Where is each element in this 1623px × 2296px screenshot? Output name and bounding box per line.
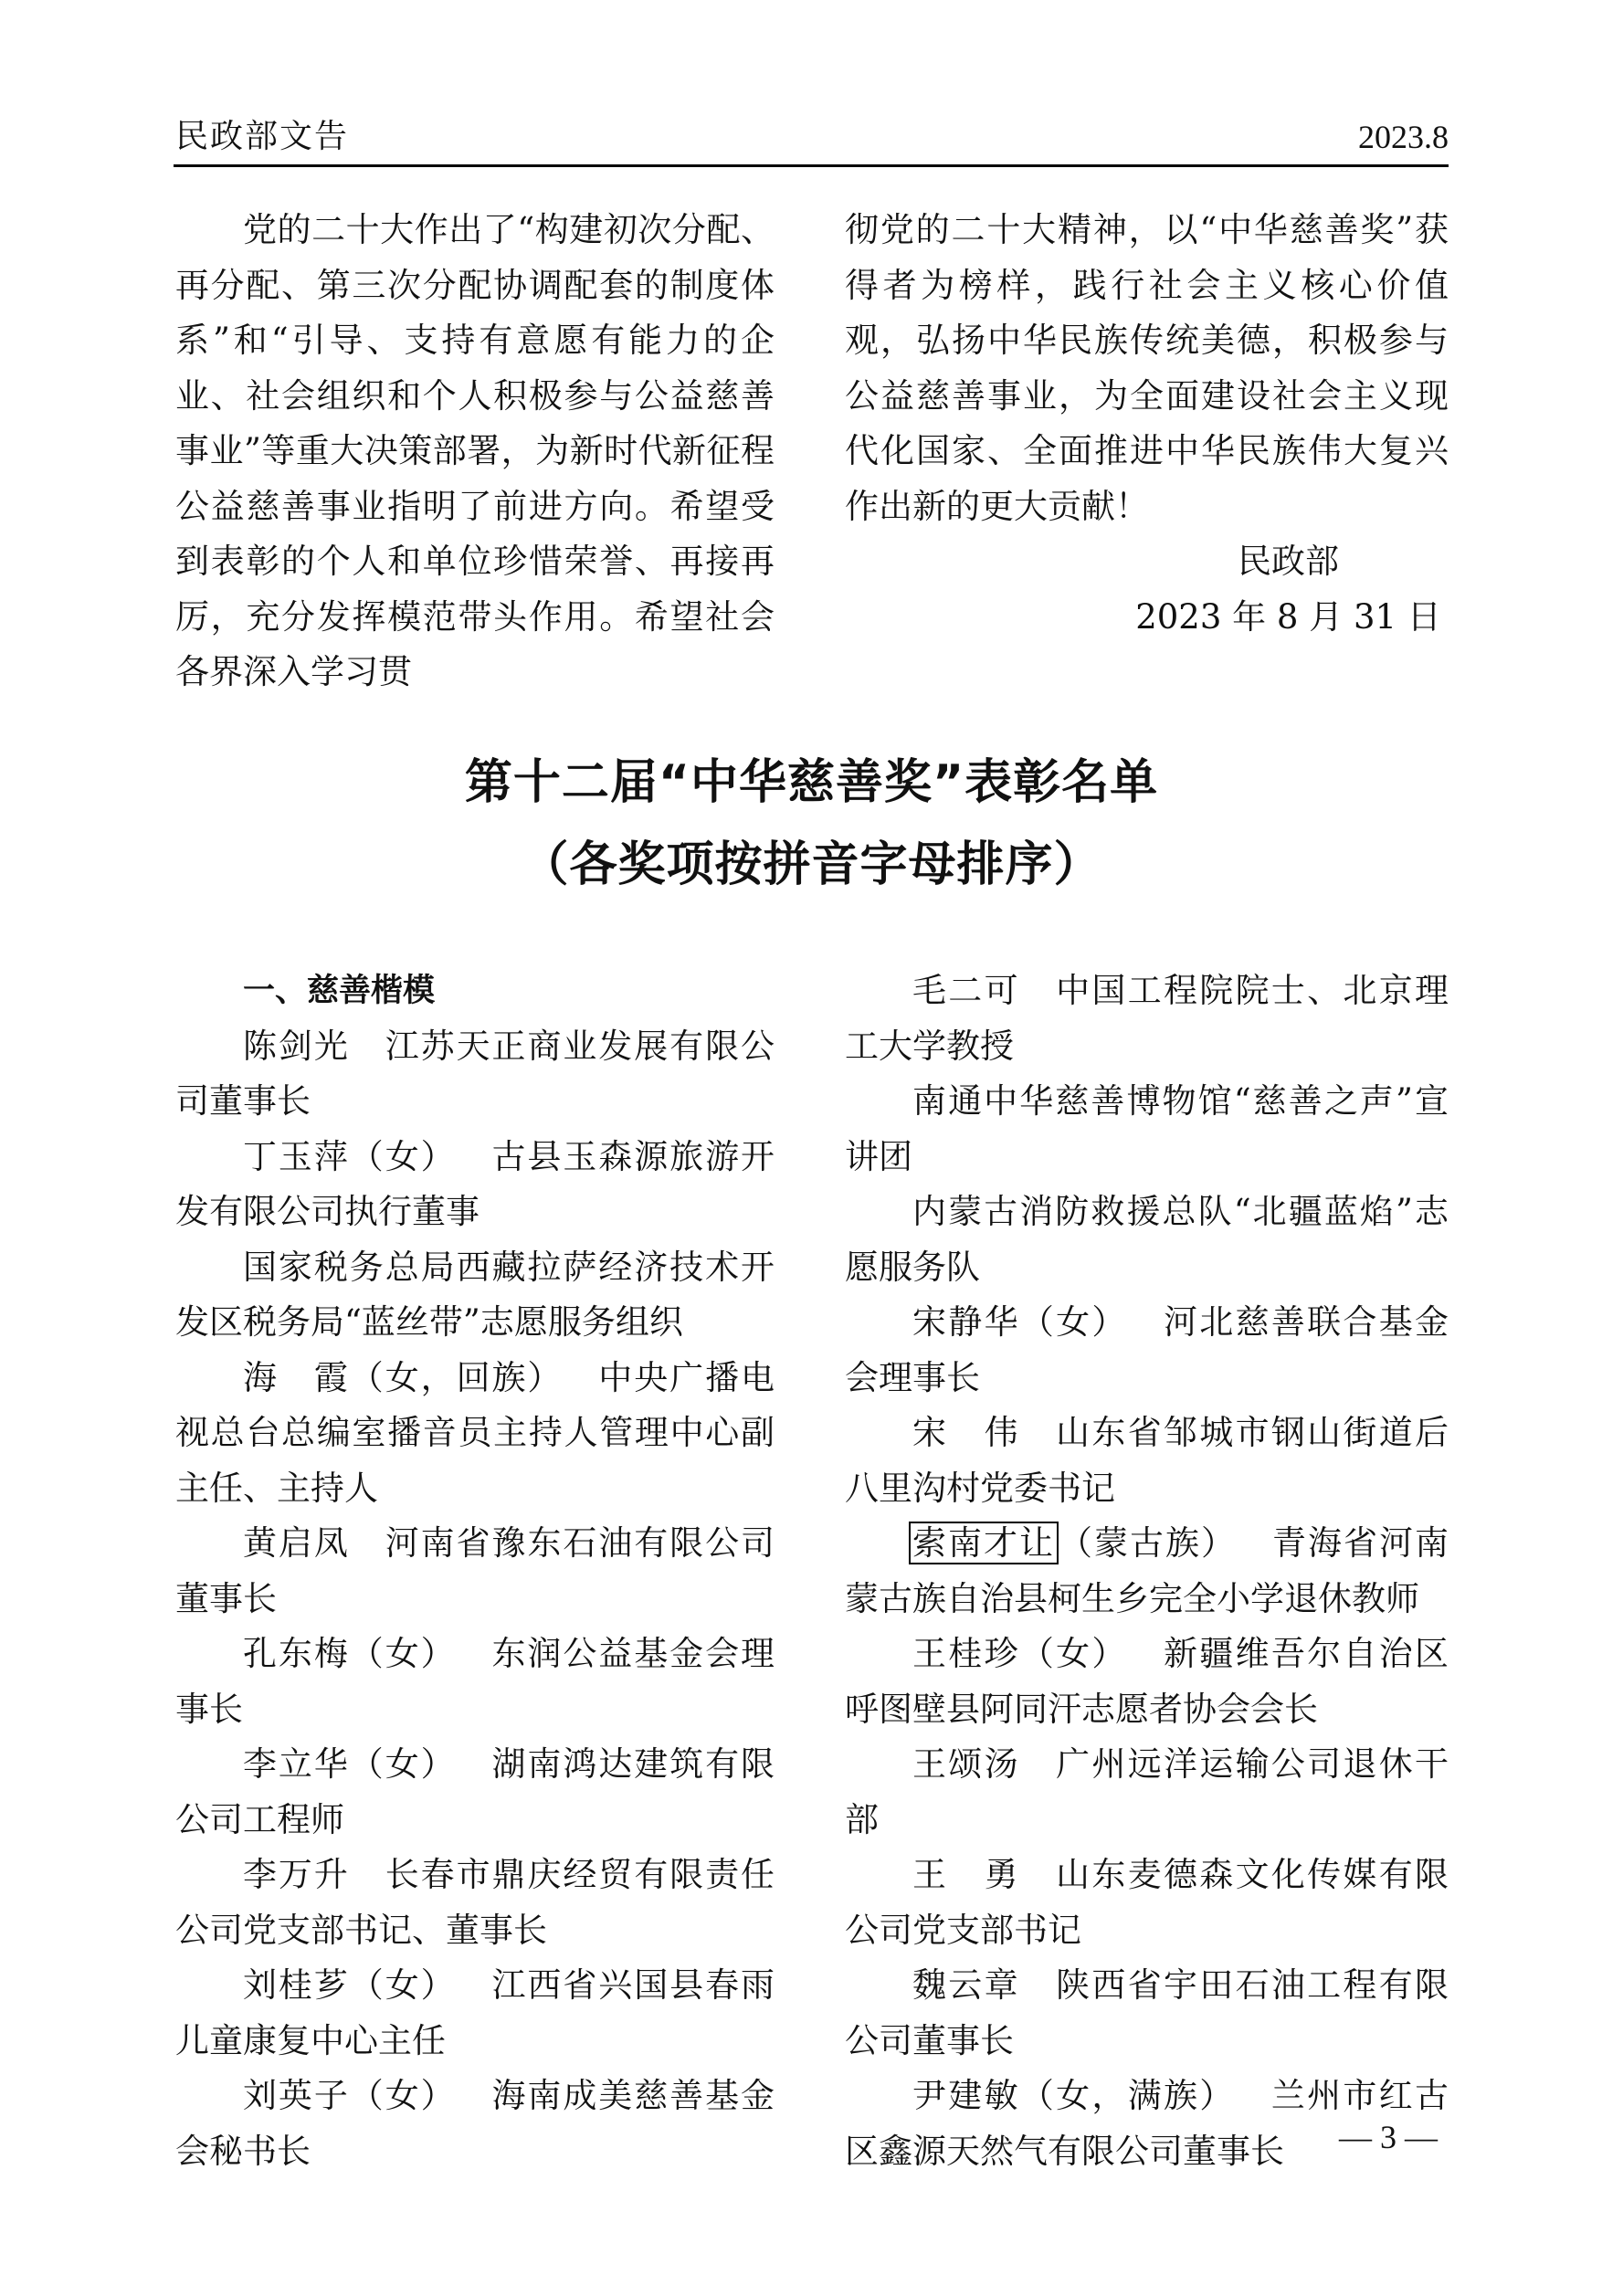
awardee-name: 宋静华（女） xyxy=(912,1302,1128,1342)
list-item: 王 勇山东麦德森文化传媒有限公司党支部书记 xyxy=(845,1848,1449,1958)
page-number: — 3 — xyxy=(1339,2117,1438,2157)
list-item: 海 霞（女，回族）中央广播电视总台总编室播音员主持人管理中心副主任、主持人 xyxy=(175,1351,775,1517)
notice-left-column: 党的二十大作出了“构建初次分配、再分配、第三次分配协调配套的制度体系”和“引导、… xyxy=(175,203,775,700)
list-item: 李万升长春市鼎庆经贸有限责任公司党支部书记、董事长 xyxy=(175,1848,775,1958)
awardee-name: 李立华（女） xyxy=(243,1744,457,1784)
awardee-name: 孔东梅（女） xyxy=(243,1634,457,1673)
notice-right-column: 彻党的二十大精神，以“中华慈善奖”获得者为榜样，践行社会主义核心价值观，弘扬中华… xyxy=(845,203,1449,645)
header-divider xyxy=(174,164,1449,167)
list-item: 索南才让（蒙古族）青海省河南蒙古族自治县柯生乡完全小学退休教师 xyxy=(845,1516,1449,1627)
list-item: 宋 伟山东省邹城市钢山街道后八里沟村党委书记 xyxy=(845,1406,1449,1516)
awardee-name: 刘英子（女） xyxy=(243,2076,457,2115)
awardee-desc: 内蒙古消防救援总队“北疆蓝焰”志愿服务队 xyxy=(845,1192,1449,1287)
list-item: 陈剑光江苏天正商业发展有限公司董事长 xyxy=(175,1019,775,1130)
list-item: 内蒙古消防救援总队“北疆蓝焰”志愿服务队 xyxy=(845,1185,1449,1295)
publication-name: 民政部文告 xyxy=(175,117,349,157)
notice-paragraph: 党的二十大作出了“构建初次分配、再分配、第三次分配协调配套的制度体系”和“引导、… xyxy=(175,203,775,700)
awardee-name: 陈剑光 xyxy=(243,1027,350,1066)
list-item: 王桂珍（女）新疆维吾尔自治区呼图壁县阿同汗志愿者协会会长 xyxy=(845,1627,1449,1737)
list-item: 魏云章陕西省宇田石油工程有限公司董事长 xyxy=(845,1958,1449,2069)
awardee-name: 尹建敏（女，满族） xyxy=(912,2076,1236,2115)
awardee-name: 王 勇 xyxy=(912,1855,1020,1894)
list-title: 第十二届“中华慈善奖”表彰名单 xyxy=(0,751,1623,815)
list-item: 毛二可中国工程院院士、北京理工大学教授 xyxy=(845,964,1449,1074)
awardee-name: 毛二可 xyxy=(912,971,1020,1010)
signature-date: 2023 年 8 月 31 日 xyxy=(845,590,1449,646)
list-item: 孔东梅（女）东润公益基金会理事长 xyxy=(175,1627,775,1737)
awardee-name: 李万升 xyxy=(243,1855,350,1894)
list-item: 刘桂芗（女）江西省兴国县春雨儿童康复中心主任 xyxy=(175,1958,775,2069)
awardee-desc: 国家税务总局西藏拉萨经济技术开发区税务局“蓝丝带”志愿服务组织 xyxy=(175,1248,775,1343)
awardee-name: 王颂汤 xyxy=(912,1744,1020,1784)
list-item: 宋静华（女）河北慈善联合基金会理事长 xyxy=(845,1295,1449,1406)
issue-date: 2023.8 xyxy=(1358,117,1449,157)
awardee-name: 丁玉萍（女） xyxy=(243,1137,457,1176)
awardee-list-right: 毛二可中国工程院院士、北京理工大学教授 南通中华慈善博物馆“慈善之声”宣讲团 内… xyxy=(845,964,1449,2179)
awardee-name-highlighted: 索南才让 xyxy=(909,1522,1059,1564)
awardee-name: 魏云章 xyxy=(912,1965,1020,2005)
awardee-name: 海 霞（女，回族） xyxy=(243,1358,563,1397)
list-item: 刘英子（女）海南成美慈善基金会秘书长 xyxy=(175,2069,775,2179)
section-heading: 一、慈善楷模 xyxy=(175,964,775,1019)
list-item: 李立华（女）湖南鸿达建筑有限公司工程师 xyxy=(175,1737,775,1848)
awardee-name: 王桂珍（女） xyxy=(912,1634,1128,1673)
awardee-list-left: 一、慈善楷模 陈剑光江苏天正商业发展有限公司董事长 丁玉萍（女）古县玉森源旅游开… xyxy=(175,964,775,2179)
awardee-name: 刘桂芗（女） xyxy=(243,1965,457,2005)
list-item: 丁玉萍（女）古县玉森源旅游开发有限公司执行董事 xyxy=(175,1130,775,1240)
list-item: 黄启凤河南省豫东石油有限公司董事长 xyxy=(175,1516,775,1627)
awardee-name: 宋 伟 xyxy=(912,1413,1020,1452)
awardee-name: 黄启凤 xyxy=(243,1523,350,1563)
list-item: 南通中华慈善博物馆“慈善之声”宣讲团 xyxy=(845,1074,1449,1185)
list-item: 王颂汤广州远洋运输公司退休干部 xyxy=(845,1737,1449,1848)
list-item: 国家税务总局西藏拉萨经济技术开发区税务局“蓝丝带”志愿服务组织 xyxy=(175,1240,775,1351)
signature: 民政部 xyxy=(845,534,1449,590)
list-subtitle: （各奖项按拼音字母排序） xyxy=(0,833,1623,897)
awardee-ethnicity: （蒙古族） xyxy=(1059,1523,1237,1563)
awardee-desc: 南通中华慈善博物馆“慈善之声”宣讲团 xyxy=(845,1081,1449,1176)
notice-paragraph-continued: 彻党的二十大精神，以“中华慈善奖”获得者为榜样，践行社会主义核心价值观，弘扬中华… xyxy=(845,203,1449,534)
